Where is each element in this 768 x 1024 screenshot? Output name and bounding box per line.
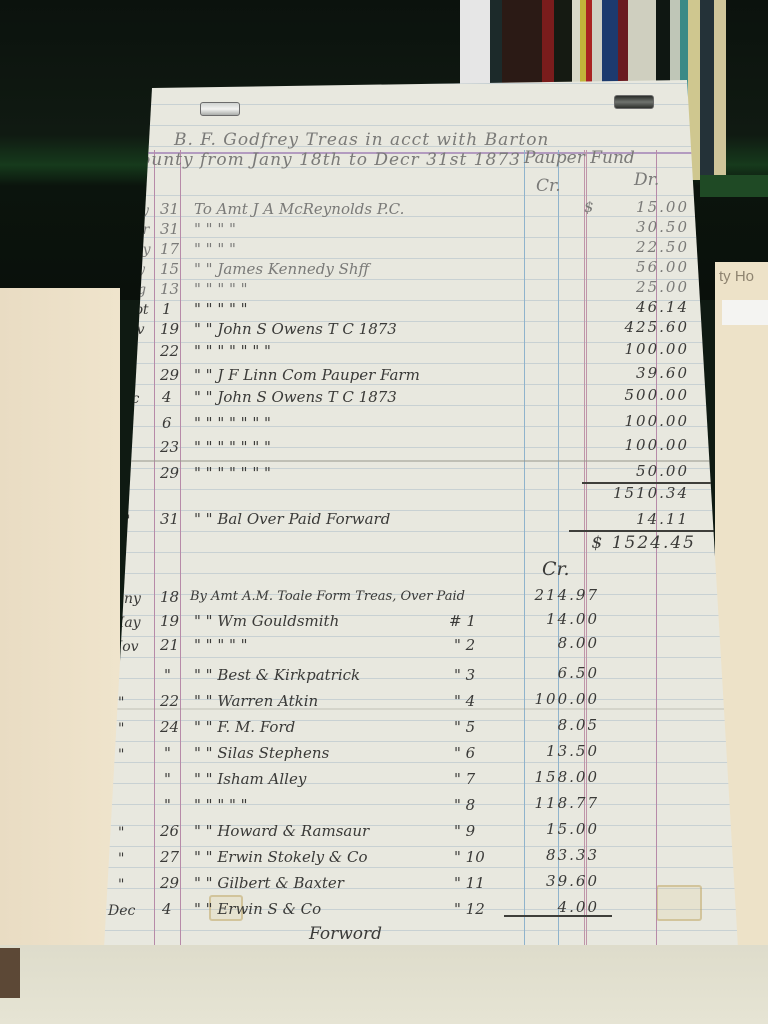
credit-description: " " " " "	[194, 638, 248, 653]
credit-voucher-number: " 4	[454, 694, 475, 709]
ledger-title-line-2: County from Jany 18th to Decr 31st 1873	[126, 152, 521, 169]
credit-month: "	[118, 878, 124, 892]
balance-description: " " Bal Over Paid Forward	[194, 512, 390, 527]
debit-day: 29	[160, 368, 179, 383]
debit-day: 15	[160, 262, 179, 277]
credit-amount: 83.33	[509, 848, 599, 863]
debit-subtotal: 1510.34	[594, 486, 689, 501]
debit-description: " " John S Owens T C 1873	[194, 322, 397, 337]
debit-description: " " " " "	[194, 302, 248, 317]
debit-month: "	[124, 370, 130, 384]
debit-day: 6	[162, 416, 172, 431]
debit-amount: 25.00	[609, 280, 689, 295]
credit-description: " " Isham Alley	[194, 772, 306, 787]
debit-amount: 100.00	[604, 438, 689, 453]
credit-day: 26	[160, 824, 179, 839]
balance-amount: 14.11	[604, 512, 689, 527]
credit-description: " " Erwin S & Co	[194, 902, 321, 917]
credit-month: "	[118, 852, 124, 866]
debit-day: 1	[162, 302, 172, 317]
balance-day: 31	[160, 512, 179, 527]
debit-month: "	[124, 468, 130, 482]
debit-amount: 30.50	[609, 220, 689, 235]
credit-description: " " Warren Atkin	[194, 694, 318, 709]
tape-stain-right	[656, 885, 702, 921]
credit-day: 4	[162, 902, 172, 917]
debit-month: "	[124, 418, 130, 432]
debit-description: " " " "	[194, 242, 236, 257]
day-column-rule	[180, 150, 181, 948]
credit-month: "	[118, 826, 124, 840]
credit-amount: 158.00	[509, 770, 599, 785]
debit-amount: 425.60	[604, 320, 689, 335]
credit-voucher-number: " 2	[454, 638, 475, 653]
debit-day: 22	[160, 344, 179, 359]
debit-month: Nov	[116, 323, 145, 337]
debit-description: To Amt J A McReynolds P.C.	[194, 202, 404, 217]
credit-description: " " " " "	[194, 798, 248, 813]
credit-month: "	[118, 722, 124, 736]
credit-amount: 4.00	[509, 900, 599, 915]
folder-label-sticker	[722, 300, 768, 325]
debit-month: "	[124, 442, 130, 456]
column-head-cr: Cr.	[536, 178, 561, 195]
credit-day: 19	[160, 614, 179, 629]
credit-amount: 8.00	[509, 636, 599, 651]
credit-day: 21	[160, 638, 179, 653]
credit-voucher-number: " 7	[454, 772, 475, 787]
debit-amount: 22.50	[609, 240, 689, 255]
credit-day: 27	[160, 850, 179, 865]
debit-amount: 39.60	[604, 366, 689, 381]
credit-day: 29	[160, 876, 179, 891]
debit-day: 31	[160, 202, 179, 217]
credit-amount: 214.97	[509, 588, 599, 603]
debit-day: 23	[160, 440, 179, 455]
credit-section-header: Cr.	[542, 560, 570, 579]
staple-clip-right	[614, 95, 654, 109]
credit-voucher-number: " 12	[454, 902, 485, 917]
credit-amount: 14.00	[509, 612, 599, 627]
credit-month: "	[118, 696, 124, 710]
debit-description: " " " " " " "	[194, 416, 271, 431]
debit-day: 4	[162, 390, 172, 405]
ledger-sheet: B. F. Godfrey Treas in acct with Barton …	[104, 80, 740, 948]
credit-day: "	[164, 668, 171, 683]
debit-description: " " J F Linn Com Pauper Farm	[194, 368, 420, 383]
debit-description: " " " "	[194, 222, 236, 237]
debit-amount: 50.00	[604, 464, 689, 479]
debit-day: 13	[160, 282, 179, 297]
debit-total: $ 1524.45	[566, 535, 696, 552]
desk-edge	[0, 948, 20, 998]
debit-month: Sept	[116, 303, 148, 317]
credit-amount: 8.05	[509, 718, 599, 733]
debit-day: 31	[160, 222, 179, 237]
debit-dollar-sign: $	[584, 200, 594, 215]
debit-amount: 100.00	[604, 414, 689, 429]
front-folder	[0, 945, 768, 1024]
debit-description: " " " " "	[194, 282, 248, 297]
credit-day: 24	[160, 720, 179, 735]
debit-description: " " " " " " "	[194, 466, 271, 481]
credit-description: " " F. M. Ford	[194, 720, 295, 735]
credit-description: " " Gilbert & Baxter	[194, 876, 344, 891]
debit-day: 17	[160, 242, 179, 257]
folder-left	[0, 288, 120, 948]
column-head-dr: Dr.	[634, 172, 659, 189]
credit-description: By Amt A.M. Toale Form Treas, Over Paid	[190, 590, 465, 603]
ledger-title-line-1: B. F. Godfrey Treas in acct with Barton	[174, 132, 549, 149]
folder-tab-label: ty Ho	[715, 268, 768, 298]
fund-label: Pauper Fund	[524, 150, 635, 167]
credit-day: 18	[160, 590, 179, 605]
forward-label: Forword	[309, 926, 382, 943]
debit-description: " " " " " " "	[194, 440, 271, 455]
debit-day: 29	[160, 466, 179, 481]
credit-description: " " Silas Stephens	[194, 746, 329, 761]
credit-amount: 100.00	[509, 692, 599, 707]
credit-amount: 13.50	[509, 744, 599, 759]
credit-day: "	[164, 798, 171, 813]
credit-description: " " Wm Gouldsmith	[194, 614, 339, 629]
date-column-rule	[154, 150, 155, 948]
balance-month: "	[124, 514, 130, 528]
credit-day: "	[164, 772, 171, 787]
credit-amount: 6.50	[509, 666, 599, 681]
credit-day: 22	[160, 694, 179, 709]
debit-amount: 56.00	[609, 260, 689, 275]
credit-description: " " Erwin Stokely & Co	[194, 850, 368, 865]
staple-clip-left	[200, 102, 240, 116]
debit-amount: 46.14	[609, 300, 689, 315]
debit-description: " " John S Owens T C 1873	[194, 390, 397, 405]
credit-description: " " Best & Kirkpatrick	[194, 668, 360, 683]
credit-description: " " Howard & Ramsaur	[194, 824, 369, 839]
credit-voucher-number: " 6	[454, 746, 475, 761]
credit-voucher-number: " 3	[454, 668, 475, 683]
credit-voucher-number: " 8	[454, 798, 475, 813]
credit-amount: 118.77	[509, 796, 599, 811]
credit-voucher-number: " 9	[454, 824, 475, 839]
credit-month: Dec	[108, 904, 135, 918]
debit-amount: 500.00	[604, 388, 689, 403]
credit-month: "	[118, 748, 124, 762]
debit-amount: 15.00	[609, 200, 689, 215]
credit-amount: 15.00	[509, 822, 599, 837]
debit-description: " " " " " " "	[194, 344, 271, 359]
credit-total-rule	[504, 915, 612, 917]
credit-amount: 39.60	[509, 874, 599, 889]
debit-day: 19	[160, 322, 179, 337]
credit-voucher-number: # 1	[449, 614, 476, 629]
debit-description: " " James Kennedy Shff	[194, 262, 369, 277]
debit-month: "	[124, 346, 130, 360]
shelf-edge	[700, 175, 768, 197]
credit-voucher-number: " 11	[454, 876, 485, 891]
debit-amount: 100.00	[604, 342, 689, 357]
credit-day: "	[164, 746, 171, 761]
credit-voucher-number: " 5	[454, 720, 475, 735]
credit-voucher-number: " 10	[454, 850, 485, 865]
total-rule	[569, 530, 724, 532]
